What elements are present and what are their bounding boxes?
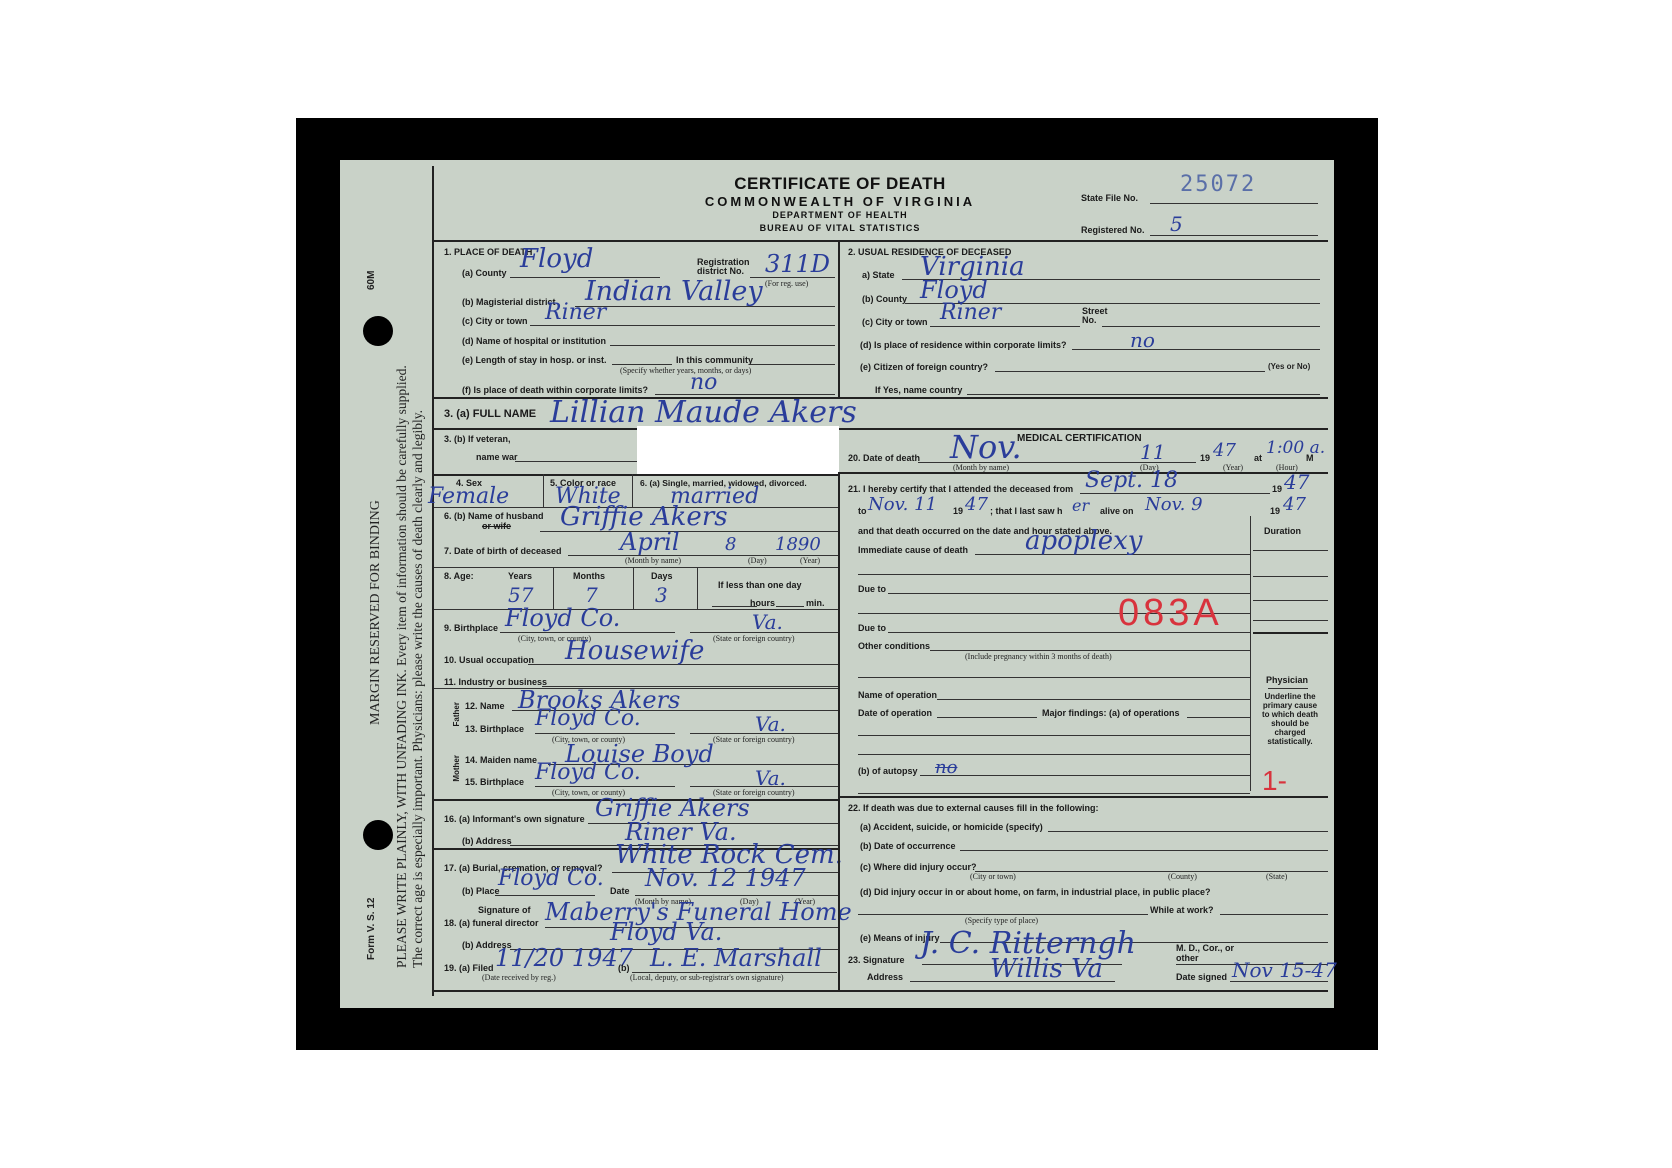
medical-certification-title: MEDICAL CERTIFICATION bbox=[1017, 433, 1142, 444]
physician-address-label: Address bbox=[867, 972, 903, 982]
primary-cause-mark: 1- bbox=[1262, 765, 1287, 797]
external-b-label: (b) Date of occurrence bbox=[860, 841, 956, 851]
external-causes-title: 22. If death was due to external causes … bbox=[848, 803, 1099, 813]
father-birthplace-label: 13. Birthplace bbox=[465, 724, 524, 734]
occupation: Housewife bbox=[565, 636, 704, 666]
funeral-address: Floyd Va. bbox=[610, 918, 722, 946]
burial-date-label: Date bbox=[610, 886, 630, 896]
dod-day: 11 bbox=[1140, 440, 1165, 464]
magisterial-label: (b) Magisterial district bbox=[462, 297, 556, 307]
age-label: 8. Age: bbox=[444, 571, 474, 581]
registered-number: 5 bbox=[1170, 212, 1183, 236]
immediate-cause: apoplexy bbox=[1025, 526, 1143, 556]
stay-label: (e) Length of stay in hosp. or inst. bbox=[462, 355, 607, 365]
alive-on: Nov. 9 bbox=[1145, 494, 1203, 515]
full-name: Lillian Maude Akers bbox=[550, 395, 857, 430]
attended-to-year: 47 bbox=[965, 494, 988, 515]
registrar-label: (b) bbox=[618, 963, 630, 973]
mother-tag: Mother bbox=[452, 755, 461, 782]
occupation-label: 10. Usual occupation bbox=[444, 655, 534, 665]
death-county: Floyd bbox=[520, 244, 593, 274]
last-saw-label: ; that I last saw h bbox=[990, 506, 1063, 516]
external-county-note: (County) bbox=[1168, 872, 1197, 881]
county-label: (a) County bbox=[462, 268, 507, 278]
death-city: Riner bbox=[545, 300, 606, 325]
alive-year-prefix: 19 bbox=[1270, 506, 1280, 516]
reg-district-label: Registration district No. bbox=[697, 258, 757, 276]
state-file-label: State File No. bbox=[1081, 193, 1138, 203]
birthplace-label: 9. Birthplace bbox=[444, 623, 498, 633]
burial-place: Floyd Co. bbox=[498, 866, 604, 891]
department-name: DEPARTMENT OF HEALTH bbox=[660, 210, 1020, 220]
full-name-label: 3. (a) FULL NAME bbox=[444, 408, 536, 420]
res-corporate-label: (d) Is place of residence within corpora… bbox=[860, 340, 1067, 350]
war-label: name war bbox=[476, 452, 518, 462]
physician-note: Underline the primary cause to which dea… bbox=[1258, 692, 1322, 746]
form-number: Form V. S. 12 bbox=[366, 898, 377, 960]
veteran-label: 3. (b) If veteran, bbox=[444, 434, 511, 444]
res-state-label: a) State bbox=[862, 270, 895, 280]
sex-value: Female bbox=[428, 484, 509, 509]
bureau-name: BUREAU OF VITAL STATISTICS bbox=[660, 223, 1020, 233]
due-to-label-2: Due to bbox=[858, 623, 886, 633]
m-label: M bbox=[1306, 453, 1314, 463]
other-conditions-note: (Include pregnancy within 3 months of de… bbox=[965, 652, 1112, 661]
reg-district-number: 311D bbox=[765, 250, 830, 278]
external-place-note: (Specify type of place) bbox=[965, 916, 1038, 925]
funeral-sig-label: 18. (a) funeral director bbox=[444, 918, 539, 928]
dob-month: April bbox=[620, 528, 680, 556]
min-label: min. bbox=[806, 598, 825, 608]
mother-birthplace-state: Va. bbox=[755, 766, 786, 790]
dob-year-note: (Year) bbox=[800, 556, 820, 565]
days-label: Days bbox=[651, 571, 673, 581]
dob-year: 1890 bbox=[775, 534, 821, 555]
filed-note: (Date received by reg.) bbox=[482, 973, 556, 982]
dod-year-note: (Year) bbox=[1223, 463, 1243, 472]
birthplace-state-note: (State or foreign country) bbox=[713, 634, 795, 643]
duration-label: Duration bbox=[1264, 526, 1301, 536]
months-label: Months bbox=[573, 571, 605, 581]
date-signed: Nov 15-47 bbox=[1232, 958, 1337, 982]
funeral-sig-label-top: Signature of bbox=[478, 905, 531, 915]
filed-date: 11/20 1947 bbox=[495, 944, 633, 972]
instructions-line1: PLEASE WRITE PLAINLY, WITH UNFADING INK.… bbox=[394, 365, 410, 968]
street-label: Street No. bbox=[1082, 307, 1112, 325]
certificate-subtitle: COMMONWEALTH OF VIRGINIA bbox=[640, 194, 1040, 209]
burial-date: Nov. 12 1947 bbox=[645, 864, 806, 892]
father-tag: Father bbox=[452, 702, 461, 726]
informant-sig-label: 16. (a) Informant's own signature bbox=[444, 814, 585, 824]
less-day-label: If less than one day bbox=[718, 580, 802, 590]
city-label: (c) City or town bbox=[462, 316, 528, 326]
op-date-label: Date of operation bbox=[858, 708, 932, 718]
reg-use-note: (For reg. use) bbox=[765, 279, 808, 288]
res-corporate-value: no bbox=[1130, 328, 1155, 352]
certificate-title: CERTIFICATE OF DEATH bbox=[660, 174, 1020, 194]
state-file-number: 25072 bbox=[1180, 172, 1256, 197]
due-to-label-1: Due to bbox=[858, 584, 886, 594]
registered-label: Registered No. bbox=[1081, 225, 1145, 235]
alive-label: alive on bbox=[1100, 506, 1134, 516]
other-conditions-label: Other conditions bbox=[858, 641, 930, 651]
dob-month-note: (Month by name) bbox=[625, 556, 681, 565]
res-city: Riner bbox=[940, 300, 1001, 325]
physician-signature-label: 23. Signature bbox=[848, 955, 905, 965]
attended-from-year-prefix: 19 bbox=[1272, 484, 1282, 494]
mother-birthplace-city: Floyd Co. bbox=[535, 760, 641, 785]
father-birthplace-city: Floyd Co. bbox=[535, 706, 641, 731]
burial-place-label: (b) Place bbox=[462, 886, 500, 896]
yes-no-note: (Yes or No) bbox=[1268, 362, 1310, 371]
attended-label: 21. I hereby certify that I attended the… bbox=[848, 484, 1073, 494]
dob-label: 7. Date of birth of deceased bbox=[444, 546, 562, 556]
registrar-note: (Local, deputy, or sub-registrar's own s… bbox=[630, 973, 784, 982]
magisterial-district: Indian Valley bbox=[585, 276, 763, 307]
dob-day-note: (Day) bbox=[748, 556, 767, 565]
to-label: to bbox=[858, 506, 867, 516]
birthplace-state: Va. bbox=[752, 610, 783, 634]
hospital-label: (d) Name of hospital or institution bbox=[462, 336, 606, 346]
birthplace-city: Floyd Co. bbox=[505, 604, 620, 632]
res-city-label: (c) City or town bbox=[862, 317, 928, 327]
spouse-label: 6. (b) Name of husband bbox=[444, 511, 544, 521]
while-at-work-label: While at work? bbox=[1150, 905, 1214, 915]
external-state-note: (State) bbox=[1266, 872, 1287, 881]
print-code: 60M bbox=[366, 271, 377, 290]
country-label: If Yes, name country bbox=[875, 385, 962, 395]
findings-label: Major findings: (a) of operations bbox=[1042, 708, 1180, 718]
dod-label: 20. Date of death bbox=[848, 453, 920, 463]
community-label: In this community bbox=[676, 355, 753, 365]
physician-title: Physician bbox=[1266, 675, 1308, 685]
external-c-label: (c) Where did injury occur? bbox=[860, 862, 977, 872]
attended-from: Sept. 18 bbox=[1085, 468, 1178, 493]
binding-notice: MARGIN RESERVED FOR BINDING bbox=[368, 500, 384, 725]
spouse-label-struck: or wife bbox=[482, 521, 511, 531]
dod-hour: 1:00 a. bbox=[1266, 438, 1325, 458]
at-label: at bbox=[1254, 453, 1262, 463]
autopsy-value: no bbox=[935, 757, 957, 778]
dod-year: 47 bbox=[1213, 440, 1236, 461]
death-corporate-value: no bbox=[690, 370, 717, 395]
operation-label: Name of operation bbox=[858, 690, 937, 700]
mother-name-label: 14. Maiden name bbox=[465, 755, 537, 765]
res-county-label: (b) County bbox=[862, 294, 907, 304]
father-birthplace-state: Va. bbox=[755, 712, 786, 736]
alive-year: 47 bbox=[1283, 494, 1306, 515]
binding-hole bbox=[363, 316, 393, 346]
immediate-cause-label: Immediate cause of death bbox=[858, 545, 968, 555]
informant-address-label: (b) Address bbox=[462, 836, 512, 846]
dod-year-prefix: 19 bbox=[1200, 453, 1210, 463]
last-saw-pronoun: er bbox=[1072, 496, 1089, 515]
binding-hole bbox=[363, 820, 393, 850]
attended-to: Nov. 11 bbox=[868, 494, 937, 515]
attended-to-year-prefix: 19 bbox=[953, 506, 963, 516]
death-corporate-label: (f) Is place of death within corporate l… bbox=[462, 385, 648, 395]
external-d-label: (d) Did injury occur in or about home, o… bbox=[860, 887, 1211, 897]
father-state-note: (State or foreign country) bbox=[713, 735, 795, 744]
attended-from-year: 47 bbox=[1284, 470, 1309, 494]
autopsy-label: (b) of autopsy bbox=[858, 766, 918, 776]
cause-code: 083A bbox=[1118, 592, 1223, 635]
dob-day: 8 bbox=[725, 534, 736, 555]
dod-month: Nov. bbox=[950, 428, 1022, 466]
registrar-signature: L. E. Marshall bbox=[650, 944, 822, 972]
instructions-line2: The correct age is especially important.… bbox=[410, 410, 426, 968]
external-a-label: (a) Accident, suicide, or homicide (spec… bbox=[860, 822, 1043, 832]
hours-label: hours bbox=[750, 598, 775, 608]
citizen-label: (e) Citizen of foreign country? bbox=[860, 362, 988, 372]
age-days: 3 bbox=[655, 583, 668, 607]
physician-address: Willis Va bbox=[990, 954, 1103, 984]
stay-note: (Specify whether years, months, or days) bbox=[620, 366, 751, 375]
external-city-note: (City or town) bbox=[970, 872, 1016, 881]
redaction-box bbox=[637, 426, 839, 474]
filed-label: 19. (a) Filed bbox=[444, 963, 494, 973]
years-label: Years bbox=[508, 571, 532, 581]
dod-month-note: (Month by name) bbox=[953, 463, 1009, 472]
mother-birthplace-label: 15. Birthplace bbox=[465, 777, 524, 787]
date-signed-label: Date signed bbox=[1176, 972, 1227, 982]
father-name-label: 12. Name bbox=[465, 701, 505, 711]
